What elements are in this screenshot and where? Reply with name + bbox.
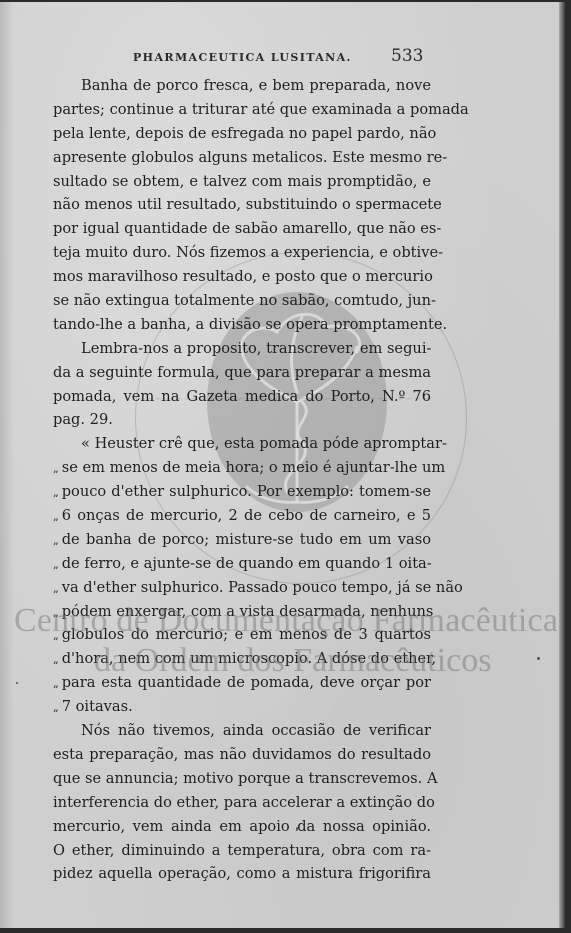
text-line: Banha de porco fresca, e bem preparada, … [53,74,431,98]
quote-line: 6 onças de mercurio, 2 de cebo de carnei… [53,504,431,528]
text-line: mercurio, vem ainda em apoio da nossa op… [53,815,431,839]
text-line: partes; continue a triturar até que exam… [53,98,431,122]
quote-line: pouco d'ether sulphurico. Por exemplo: t… [53,480,431,504]
quote-line: para esta quantidade de pomada, deve orç… [53,671,431,695]
page-number: 533 [391,46,423,66]
text-line: pomada, vem na Gazeta medica do Porto, N… [53,385,431,409]
text-line: por igual quantidade de sabão amarello, … [53,217,431,241]
page-header: PHARMACEUTICA LUSITANA. 533 [0,46,565,70]
text-line: pela lente, depois de esfregada no papel… [53,122,431,146]
text-line: que se annuncia; motivo porque a transcr… [53,767,431,791]
text-line: pidez aquella operação, como a mistura f… [53,862,431,886]
paper-speck [537,657,540,660]
binding-shadow [0,2,14,928]
quote-line: de ferro, e ajunte-se de quando em quand… [53,552,431,576]
text-line: sultado se obtem, e talvez com mais prom… [53,170,431,194]
quote-line: d'hora, nem com um microscopio. A dóse d… [53,647,431,671]
text-line: da a seguinte formula, que para preparar… [53,361,431,385]
text-line: Nós não tivemos, ainda occasião de verif… [53,719,431,743]
paper-speck [296,827,298,831]
text-line: O ether, diminuindo a temperatura, obra … [53,839,431,863]
text-line: teja muito duro. Nós fizemos a experienc… [53,241,431,265]
text-line: interferencia do ether, para accelerar a… [53,791,431,815]
text-line: pag. 29. [53,408,431,432]
text-line: apresente globulos alguns metalicos. Est… [53,146,431,170]
text-line: não menos util resultado, substituindo o… [53,193,431,217]
quote-line: de banha de porco; misture-se tudo em um… [53,528,431,552]
running-head: PHARMACEUTICA LUSITANA. [133,51,352,64]
page-edge [559,2,565,928]
quote-line: pódem enxergar, com a vista desarmada, n… [53,600,431,624]
text-line: Lembra-nos a proposito, transcrever, em … [53,337,431,361]
paper-speck [16,682,18,684]
text-line: esta preparação, mas não duvidamos do re… [53,743,431,767]
scanned-page: ~~~~ ~~~~~~ ~~~~~ ~~~~~~~~ ~~~~~~ ~~~~ P… [0,2,565,928]
quote-line: se em menos de meia hora; o meio é ajunt… [53,456,431,480]
quote-line: « Heuster crê que, esta pomada póde apro… [53,432,431,456]
text-line: tando-lhe a banha, a divisão se opera pr… [53,313,431,337]
text-line: se não extingua totalmente no sabão, com… [53,289,431,313]
quote-line: 7 oitavas. [53,695,431,719]
quote-line: va d'ether sulphurico. Passado pouco tem… [53,576,431,600]
quote-line: globulos do mercurio; e em menos de 3 qu… [53,623,431,647]
text-line: mos maravilhoso resultado, e posto que o… [53,265,431,289]
body-text: Banha de porco fresca, e bem preparada, … [53,74,431,886]
